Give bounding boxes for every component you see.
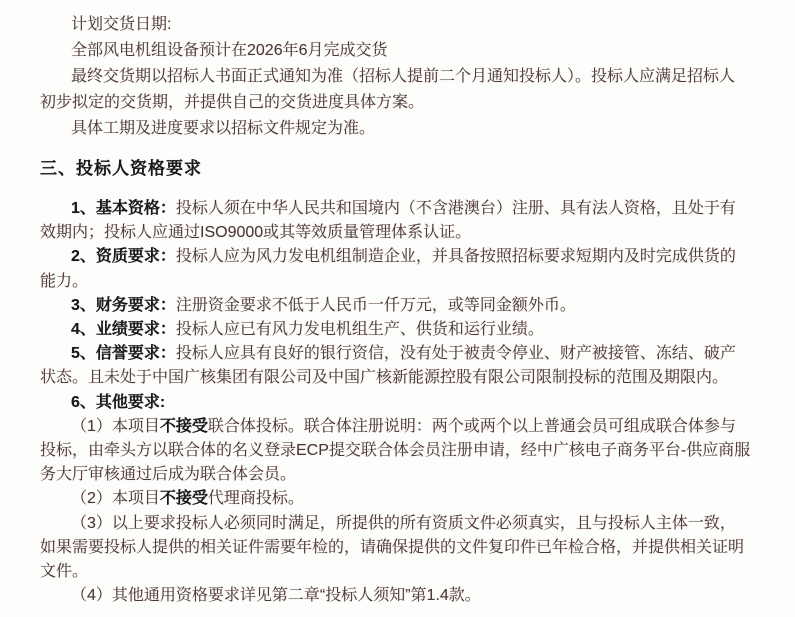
text-segment: 联合体投标。联合体注册说明：两个或两个以上普通会员可组成联合体参与 [208,418,736,435]
bold-text-segment: 5、信誉要求： [71,345,176,362]
qualification-requirements-section: 1、基本资格：投标人须在中华人民共和国境内（不含港澳台）注册、具有法人资格，且处… [40,197,753,608]
text-line: 最终交货期以招标人书面正式通知为准（招标人提前二个月通知投标人）。投标人应满足招… [40,64,753,90]
text-segment: （4）其他通用资格要求详见第二章“投标人须知”第1.4款。 [71,587,481,604]
bold-text-segment: 4、业绩要求： [71,321,176,338]
text-segment: 务大厅审核通过后成为联合体会员。 [40,466,296,483]
text-line: （2）本项目不接受代理商投标。 [40,487,753,511]
text-line: 计划交货日期: [40,12,753,38]
text-segment: 投标人应为风力发电机组制造企业，并具备按照招标要求短期内及时完成供货的 [176,248,736,265]
text-line: 4、业绩要求：投标人应已有风力发电机组生产、供货和运行业绩。 [40,318,753,342]
text-segment: 文件。 [40,563,88,580]
document-page: 计划交货日期:全部风电机组设备预计在2026年6月完成交货最终交货期以招标人书面… [0,0,795,617]
text-line: 全部风电机组设备预计在2026年6月完成交货 [40,38,753,64]
bold-text-segment: 1、基本资格： [71,200,176,217]
text-line: 投标，由牵头方以联合体的名义登录ECP提交联合体会员注册申请，经中广核电子商务平… [40,439,753,463]
text-line: 如果需要投标人提供的相关证件需要年检的，请确保提供的文件复印件已年检合格，并提供… [40,536,753,560]
text-line: （1）本项目不接受联合体投标。联合体注册说明：两个或两个以上普通会员可组成联合体… [40,415,753,439]
text-line: 初步拟定的交货期，并提供自己的交货进度具体方案。 [40,90,753,116]
bold-text-segment: 不接受 [160,490,208,507]
delivery-schedule-section: 计划交货日期:全部风电机组设备预计在2026年6月完成交货最终交货期以招标人书面… [40,12,753,142]
text-segment: 投标人应具有良好的银行资信，没有处于被责令停业、财产被接管、冻结、破产 [176,345,736,362]
text-segment: 投标人须在中华人民共和国境内（不含港澳台）注册、具有法人资格，且处于有 [176,200,736,217]
text-segment: 全部风电机组设备预计在2026年6月完成交货 [71,42,388,59]
text-line: 2、资质要求：投标人应为风力发电机组制造企业，并具备按照招标要求短期内及时完成供… [40,245,753,269]
text-line: 3、财务要求：注册资金要求不低于人民币一仟万元，或等同金额外币。 [40,294,753,318]
text-line: 文件。 [40,560,753,584]
text-segment: 如果需要投标人提供的相关证件需要年检的，请确保提供的文件复印件已年检合格，并提供… [40,539,744,556]
text-segment: 投标，由牵头方以联合体的名义登录ECP提交联合体会员注册申请，经中广核电子商务平… [40,442,750,459]
text-line: 1、基本资格：投标人须在中华人民共和国境内（不含港澳台）注册、具有法人资格，且处… [40,197,753,221]
text-segment: 投标人应已有风力发电机组生产、供货和运行业绩。 [176,321,544,338]
text-segment: 效期内；投标人应通过ISO9000或其等效质量管理体系认证。 [40,224,471,241]
text-segment: 能力。 [40,273,88,290]
text-line: 5、信誉要求：投标人应具有良好的银行资信，没有处于被责令停业、财产被接管、冻结、… [40,342,753,366]
text-segment: 状态。且未处于中国广核集团有限公司及中国广核新能源控股有限公司限制投标的范围及期… [40,369,728,386]
text-segment: 初步拟定的交货期，并提供自己的交货进度具体方案。 [40,94,424,111]
text-line: 效期内；投标人应通过ISO9000或其等效质量管理体系认证。 [40,221,753,245]
bold-text-segment: 3、财务要求： [71,297,176,314]
text-segment: 代理商投标。 [208,490,304,507]
text-line: （3）以上要求投标人必须同时满足，所提供的所有资质文件必须真实，且与投标人主体一… [40,512,753,536]
text-segment: （3）以上要求投标人必须同时满足，所提供的所有资质文件必须真实，且与投标人主体一… [71,515,736,532]
text-line: 务大厅审核通过后成为联合体会员。 [40,463,753,487]
text-segment: （1）本项目 [71,418,160,435]
text-line: 6、其他要求: [40,391,753,415]
text-segment: （2）本项目 [71,490,160,507]
text-segment: 计划交货日期: [71,16,171,33]
text-line: 能力。 [40,270,753,294]
bold-text-segment: 2、资质要求： [71,248,176,265]
bold-text-segment: 不接受 [160,418,208,435]
text-line: 具体工期及进度要求以招标文件规定为准。 [40,116,753,142]
text-line: 状态。且未处于中国广核集团有限公司及中国广核新能源控股有限公司限制投标的范围及期… [40,366,753,390]
text-segment: 具体工期及进度要求以招标文件规定为准。 [71,120,375,137]
text-line: （4）其他通用资格要求详见第二章“投标人须知”第1.4款。 [40,584,753,608]
bold-text-segment: 6、其他要求: [71,394,165,411]
text-segment: 最终交货期以招标人书面正式通知为准（招标人提前二个月通知投标人）。投标人应满足招… [71,68,735,85]
text-segment: 注册资金要求不低于人民币一仟万元，或等同金额外币。 [176,297,576,314]
section-heading: 三、投标人资格要求 [40,155,753,182]
